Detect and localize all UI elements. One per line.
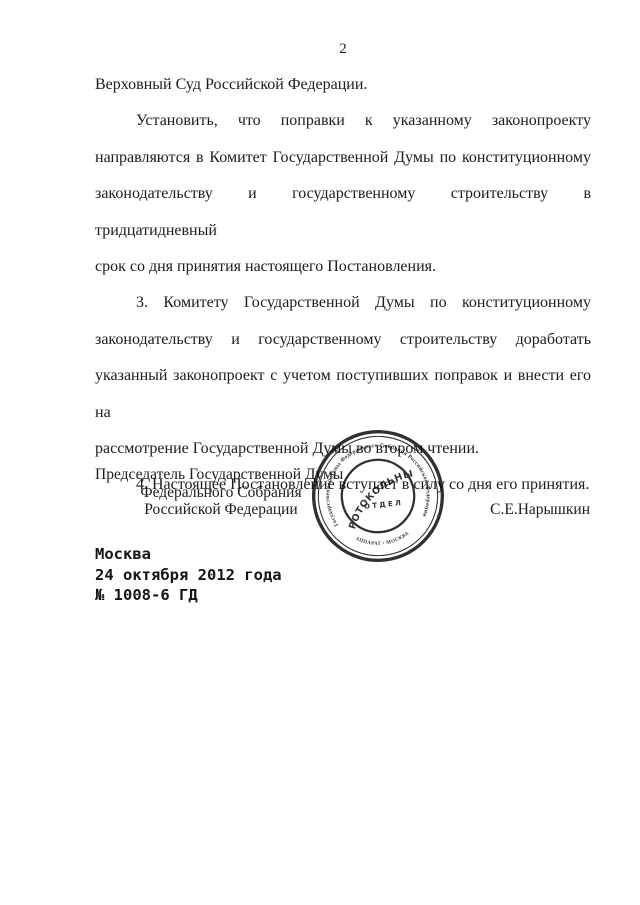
issue-number: № 1008-6 ГД [95,585,395,606]
signatory-name: С.Е.Нарышкин [430,501,590,519]
body-line: Установить, что поправки к указанному за… [95,103,591,139]
body-line: законодательству и государственному стро… [95,322,591,358]
protocol-department-stamp-icon: Государственной Думы Федерального Собран… [304,422,451,569]
body-line: законодательству и государственному стро… [95,176,591,249]
body-line: указанный законопроект с учетом поступив… [95,358,591,431]
body-line: Верховный Суд Российской Федерации. [95,67,591,103]
signatory-position-line3: Российской Федерации [95,501,347,519]
svg-text:АППАРАТ • МОСКВА: АППАРАТ • МОСКВА [354,531,411,550]
body-line: направляются в Комитет Государственной Д… [95,140,591,176]
body-line: срок со дня принятия настоящего Постанов… [95,249,591,285]
body-line: 3. Комитету Государственной Думы по конс… [95,285,591,321]
stamp-center-text-main: ПРОТОКОЛЬНЫЙ [304,422,418,552]
issue-date: 24 октября 2012 года [95,565,395,586]
svg-text:ПРОТОКОЛЬНЫЙ: ПРОТОКОЛЬНЫЙ [304,422,418,552]
stamp-ring-text-bottom: АППАРАТ • МОСКВА [354,531,411,550]
document-page: { "page": { "number": "2" }, "document":… [0,0,640,905]
page-number: 2 [95,41,591,58]
